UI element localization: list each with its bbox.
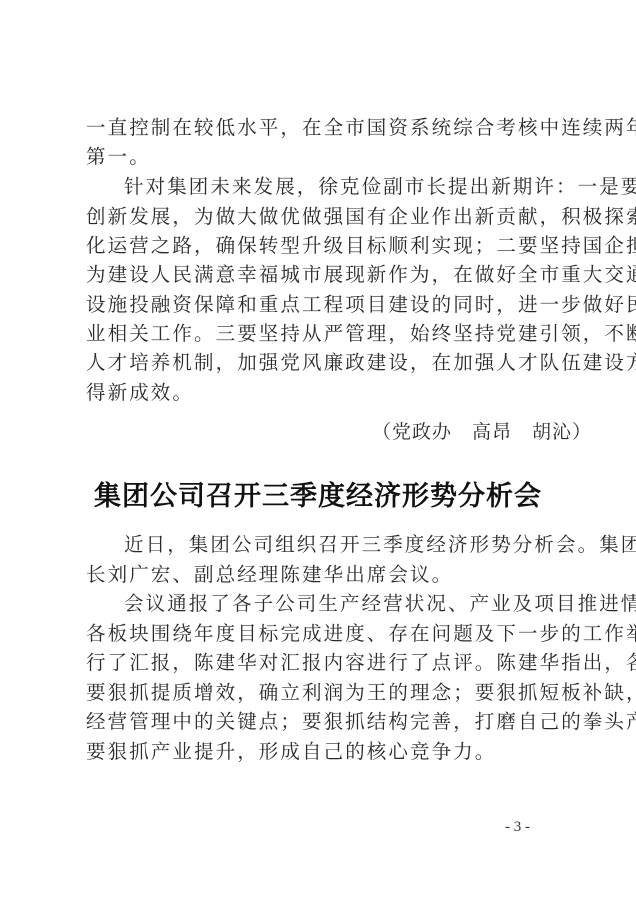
document-page: 一直控制在较低水平，在全市国资系统综合考核中连续两年名列 第一。 针对集团未来发…: [0, 0, 636, 900]
paragraph-line: 人才培养机制，加强党风廉政建设，在加强人才队伍建设方面取: [86, 351, 568, 375]
paragraph-line: 各板块围绕年度目标完成进度、存在问题及下一步的工作举措进: [86, 622, 568, 646]
paragraph-line: 要狠抓产业提升，形成自己的核心竞争力。: [86, 740, 568, 764]
paragraph-line: 设施投融资保障和重点工程项目建设的同时，进一步做好民生事: [86, 293, 568, 317]
paragraph-line: 业相关工作。三要坚持从严管理，始终坚持党建引领，不断健全: [86, 322, 568, 346]
paragraph-line: 一直控制在较低水平，在全市国资系统综合考核中连续两年名列: [86, 116, 568, 140]
author-signature: （党政办 高昂 胡沁）: [372, 420, 592, 444]
paragraph-line: 针对集团未来发展，徐克俭副市长提出新期许：一是要坚持: [124, 175, 568, 199]
paragraph-line: 经营管理中的关键点；要狠抓结构完善，打磨自己的拳头产品；: [86, 710, 568, 734]
paragraph-line: 得新成效。: [86, 381, 568, 405]
page-number: - 3 -: [505, 819, 530, 836]
paragraph-line: 第一。: [86, 145, 568, 169]
paragraph-line: 会议通报了各子公司生产经营状况、产业及项目推进情况，: [124, 592, 568, 616]
article-title: 集团公司召开三季度经济形势分析会: [0, 474, 636, 513]
paragraph-line: 要狠抓提质增效，确立利润为王的理念；要狠抓短板补缺，找准: [86, 681, 568, 705]
paragraph-line: 近日，集团公司组织召开三季度经济形势分析会。集团董事: [124, 533, 568, 557]
paragraph-line: 长刘广宏、副总经理陈建华出席会议。: [86, 563, 568, 587]
paragraph-line: 创新发展，为做大做优做强国有企业作出新贡献，积极探索实体: [86, 205, 568, 229]
paragraph-line: 行了汇报，陈建华对汇报内容进行了点评。陈建华指出，各板块: [86, 651, 568, 675]
paragraph-line: 为建设人民满意幸福城市展现新作为，在做好全市重大交通基础: [86, 263, 568, 287]
paragraph-line: 化运营之路，确保转型升级目标顺利实现；二要坚持国企担当，: [86, 234, 568, 258]
